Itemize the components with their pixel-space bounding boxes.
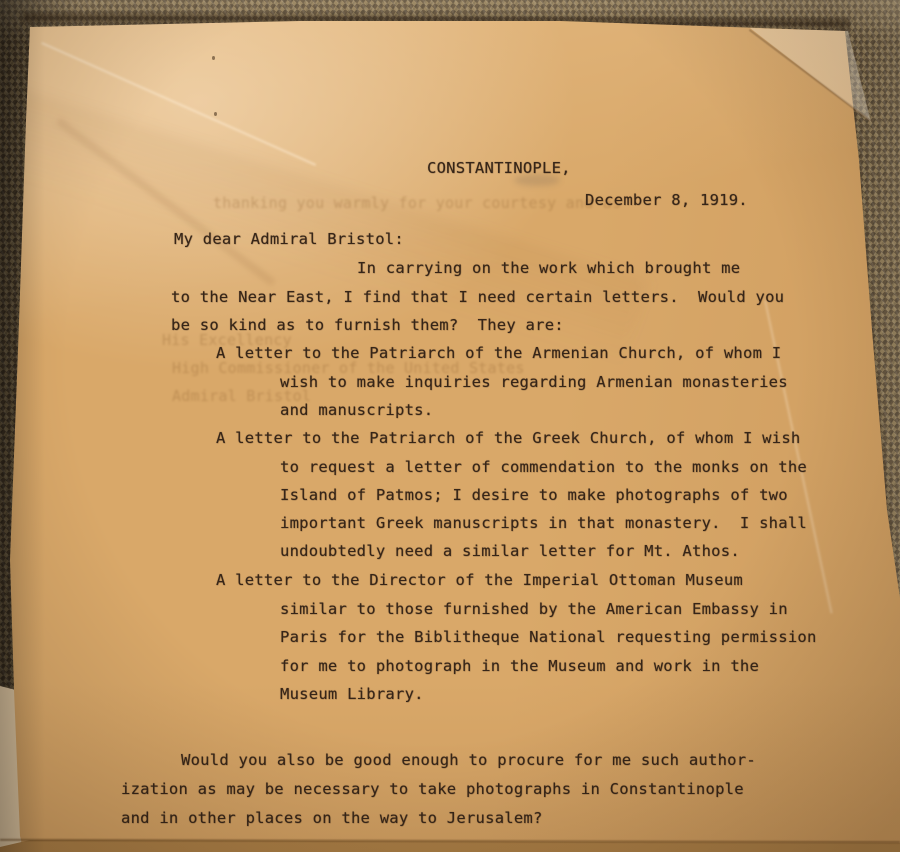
list-item-line: Island of Patmos; I desire to make photo… xyxy=(280,487,788,504)
list-item-line: similar to those furnished by the Americ… xyxy=(280,601,788,618)
list-item-line: A letter to the Patriarch of the Armenia… xyxy=(216,345,781,362)
letterhead-place: CONSTANTINOPLE, xyxy=(427,160,571,177)
list-item-line: for me to photograph in the Museum and w… xyxy=(280,658,759,675)
list-item-line: Museum Library. xyxy=(280,686,424,703)
ghost-text-line: thanking you warmly for your courtesy an… xyxy=(213,194,621,212)
body-line: Would you also be good enough to procure… xyxy=(181,752,756,769)
body-line: be so kind as to furnish them? They are: xyxy=(171,317,564,334)
letterhead-date: December 8, 1919. xyxy=(585,192,748,209)
body-line: ization as may be necessary to take phot… xyxy=(121,781,744,798)
list-item-line: to request a letter of commendation to t… xyxy=(280,459,807,476)
list-item-line: undoubtedly need a similar letter for Mt… xyxy=(280,543,740,560)
list-item-line: A letter to the Director of the Imperial… xyxy=(216,572,743,589)
list-item-line: and manuscripts. xyxy=(280,402,433,419)
letter-text: thanking you warmly for your courtesy an… xyxy=(0,0,900,852)
photo-frame: thanking you warmly for your courtesy an… xyxy=(0,0,900,852)
salutation-line: My dear Admiral Bristol: xyxy=(174,231,404,248)
body-line: and in other places on the way to Jerusa… xyxy=(121,810,543,827)
body-line: In carrying on the work which brought me xyxy=(357,260,740,277)
list-item-line: important Greek manuscripts in that mona… xyxy=(280,515,807,532)
list-item-line: Paris for the Biblitheque National reque… xyxy=(280,629,817,646)
list-item-line: A letter to the Patriarch of the Greek C… xyxy=(216,430,801,447)
list-item-line: wish to make inquiries regarding Armenia… xyxy=(280,374,788,391)
body-line: to the Near East, I find that I need cer… xyxy=(171,289,784,306)
